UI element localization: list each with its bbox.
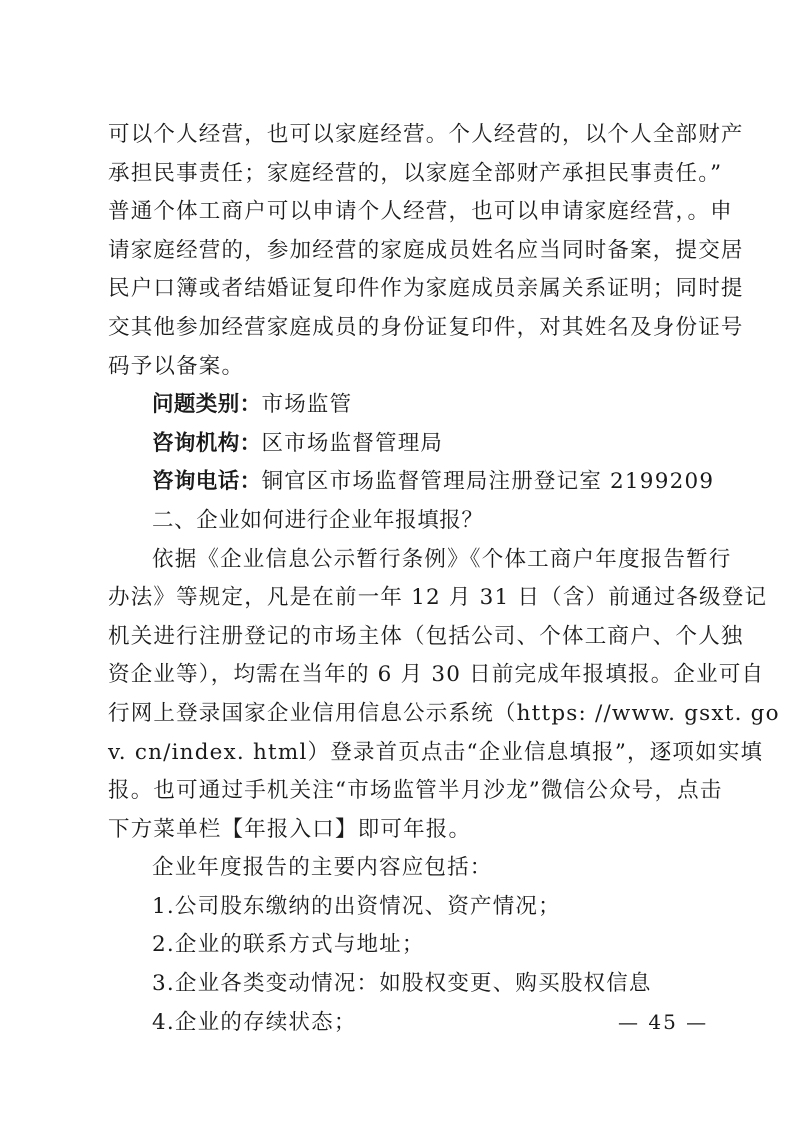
paragraph-line: 普通个体工商户可以申请个人经营，也可以申请家庭经营，。申 <box>108 193 692 232</box>
info-field-phone: 咨询电话：铜官区市场监督管理局注册登记室 2199209 <box>108 463 692 502</box>
paragraph-line: 资企业等），均需在当年的 6 月 30 日前完成年报填报。企业可自 <box>108 656 692 695</box>
list-item: 4.企业的存续状态； <box>108 1004 692 1043</box>
paragraph-line: 码予以备案。 <box>108 348 692 387</box>
paragraph-line: 办法》等规定，凡是在前一年 12 月 31 日（含）前通过各级登记 <box>108 579 692 618</box>
list-item: 1.公司股东缴纳的出资情况、资产情况； <box>108 888 692 927</box>
info-field-value: 铜官区市场监督管理局注册登记室 2199209 <box>262 469 715 494</box>
document-page: 可以个人经营，也可以家庭经营。个人经营的，以个人全部财产 承担民事责任；家庭经营… <box>0 0 793 1122</box>
info-field-label: 咨询机构： <box>152 431 262 456</box>
paragraph-line: 报。也可通过手机关注“市场监管半月沙龙”微信公众号，点击 <box>108 772 692 811</box>
paragraph-line: 承担民事责任；家庭经营的，以家庭全部财产承担民事责任。” <box>108 155 692 194</box>
info-field-label: 咨询电话： <box>152 469 262 494</box>
page-number: — 45 — <box>618 1010 708 1034</box>
paragraph-line: 民户口簿或者结婚证复印件作为家庭成员亲属关系证明；同时提 <box>108 270 692 309</box>
list-item: 3.企业各类变动情况：如股权变更、购买股权信息 <box>108 965 692 1004</box>
paragraph-line: 依据《企业信息公示暂行条例》《个体工商户年度报告暂行 <box>108 541 692 580</box>
document-body: 可以个人经营，也可以家庭经营。个人经营的，以个人全部财产 承担民事责任；家庭经营… <box>108 116 692 1042</box>
info-field-label: 问题类别： <box>152 392 262 417</box>
info-field-agency: 咨询机构：区市场监督管理局 <box>108 425 692 464</box>
section-heading: 二、企业如何进行企业年报填报？ <box>108 502 692 541</box>
paragraph-line: 可以个人经营，也可以家庭经营。个人经营的，以个人全部财产 <box>108 116 692 155</box>
paragraph-line: 下方菜单栏【年报入口】即可年报。 <box>108 811 692 850</box>
list-intro: 企业年度报告的主要内容应包括： <box>108 849 692 888</box>
info-field-value: 区市场监督管理局 <box>262 431 444 456</box>
paragraph-line: v. cn/index. html）登录首页点击“企业信息填报”，逐项如实填 <box>108 734 692 773</box>
info-field-value: 市场监管 <box>262 392 353 417</box>
info-field-category: 问题类别：市场监管 <box>108 386 692 425</box>
paragraph-line: 请家庭经营的，参加经营的家庭成员姓名应当同时备案，提交居 <box>108 232 692 271</box>
paragraph-line: 行网上登录国家企业信用信息公示系统（https: //www. gsxt. go <box>108 695 692 734</box>
list-item: 2.企业的联系方式与地址； <box>108 926 692 965</box>
paragraph-line: 交其他参加经营家庭成员的身份证复印件，对其姓名及身份证号 <box>108 309 692 348</box>
paragraph-line: 机关进行注册登记的市场主体（包括公司、个体工商户、个人独 <box>108 618 692 657</box>
